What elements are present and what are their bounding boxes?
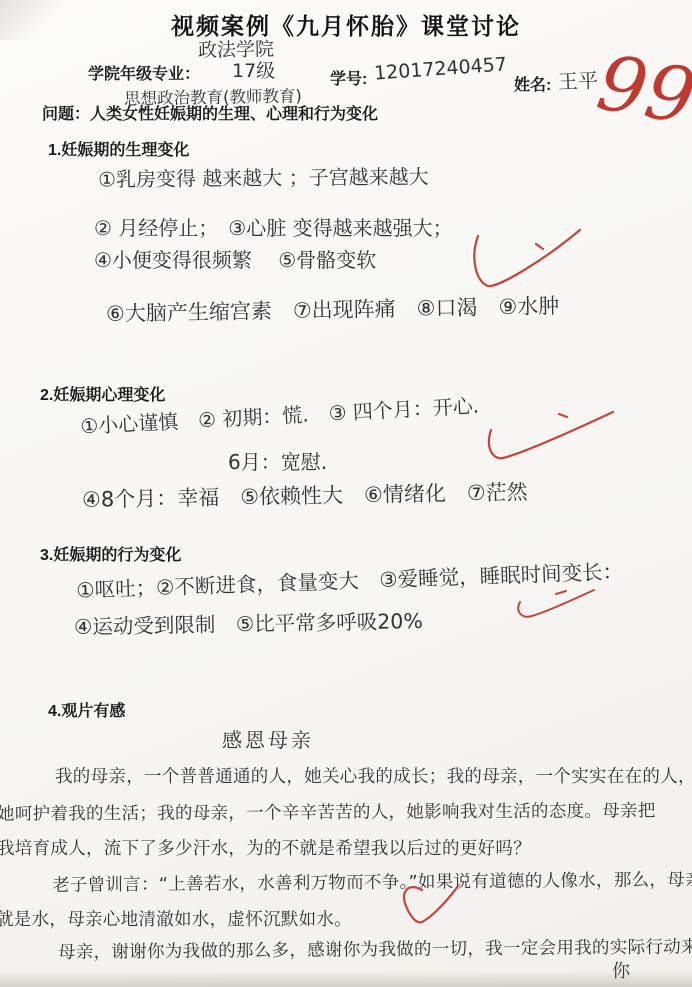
section-4-heading: 4.观片有感 <box>48 698 125 721</box>
essay-line-5: 就是水，母亲心地清澈如水，虚怀沉默如水。 <box>0 906 352 931</box>
essay-title: 感恩母亲 <box>222 724 314 753</box>
essay-line-3: 我培育成人，流下了多少汗水，为的不就是希望我以后过的更好吗？ <box>0 835 531 860</box>
essay-line-4: 老子曾训言：“上善若水，水善利万物而不争。”如果说有道德的人像水，那么，母亲 <box>52 866 692 897</box>
section-3-line-2: ④运动受到限制 ⑤比平常多呼吸20% <box>74 604 423 640</box>
red-check-icon <box>396 880 464 932</box>
student-id-value: 12017240457 <box>373 53 507 84</box>
college-field-label: 学院年级专业： <box>88 61 200 84</box>
red-check-icon <box>483 408 618 468</box>
section-2-heading: 2.妊娠期心理变化 <box>40 382 165 405</box>
essay-line-1: 我的母亲，一个普普通通的人，她关心我的成长；我的母亲，一个实实在在的人， <box>55 763 692 788</box>
essay-line-2: 她呵护着我的生活；我的母亲，一个辛辛苦苦的人，她影响我对生活的态度。母亲把 <box>0 797 656 825</box>
page-bottom-shadow <box>0 971 692 987</box>
section-2-line-3: ④8个月：幸福 ⑤依赖性大 ⑥情绪化 ⑦茫然 <box>82 476 528 514</box>
red-check-icon <box>468 224 586 292</box>
student-name-label: 姓名: <box>514 72 551 95</box>
student-id-label: 学号: <box>330 66 367 89</box>
essay-line-6: 母亲，谢谢你为我做的那么多，感谢你为我做的一切，我一定会用我的实际行动来感谢 <box>58 933 692 964</box>
red-check-icon <box>510 586 598 626</box>
section-3-heading: 3.妊娠期的行为变化 <box>40 542 181 565</box>
section-1-heading: 1.妊娠期的生理变化 <box>48 137 189 160</box>
scanned-worksheet-page: 视频案例《九月怀胎》课堂讨论 政法学院 学院年级专业： 17级 学号: 1201… <box>0 0 692 987</box>
score-mark: 99 <box>592 44 692 136</box>
page-title: 视频案例《九月怀胎》课堂讨论 <box>0 8 692 41</box>
section-1-line-1: ①乳房变得 越来越大 ；子宫越来越大 <box>98 161 429 193</box>
question-line: 问题：人类女性妊娠期的生理、心理和行为变化 <box>42 101 378 124</box>
section-1-line-4: ⑥大脑产生缩宫素 ⑦出现阵痛 ⑧口渴 ⑨水肿 <box>106 290 560 328</box>
section-1-line-2: ② 月经停止； ③心脏 变得越来越强大； <box>94 212 453 241</box>
section-2-line-2: 6月：宽慰. <box>228 446 327 475</box>
student-name-value: 王平 <box>558 64 599 94</box>
section-1-line-3: ④小便变得很频繁 ⑤骨骼变软 <box>94 244 376 273</box>
scan-corner-shade <box>0 0 60 40</box>
grade-value: 17级 <box>232 56 275 83</box>
